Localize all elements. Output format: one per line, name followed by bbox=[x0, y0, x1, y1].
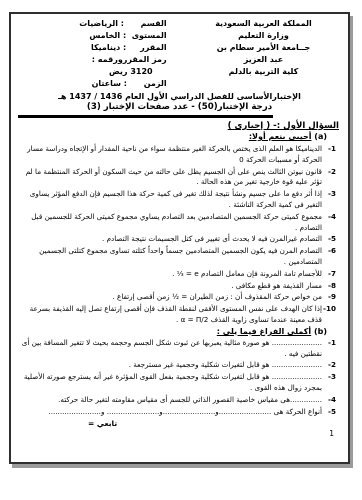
statement-item: الديناميكا هو العلم الذى يختص بالحركة ال… bbox=[20, 144, 337, 166]
statement-item: قانون نيوتن الثالث ينص على أن الجسيم يظل… bbox=[20, 167, 337, 189]
continued-note: تابعي = bbox=[18, 419, 341, 428]
course-department: القسم : الرياضيات bbox=[18, 18, 167, 30]
statement-item: التصادم غيرالمرن فيه لا يحدث أى تغيير فى… bbox=[20, 234, 337, 245]
page-number: 1 bbox=[18, 429, 341, 438]
part-a-header: (a) أجيبى بنعم أولا: bbox=[18, 132, 327, 141]
course-duration: الزمن : ساعتان bbox=[18, 78, 167, 90]
exam-title: الإختبارالأساسى للفصل الدراسي الأول العا… bbox=[18, 92, 341, 101]
part-b-instruction: أكملي الفراغ فيما يلي : bbox=[217, 327, 311, 336]
statement-item: التصادم المرن فيه يكون الجسمين المتصادمي… bbox=[20, 246, 337, 268]
course-info: القسم : الرياضيات المستوى : الخامس المقر… bbox=[18, 18, 167, 90]
course-code-label: رمز المقررورقمه : bbox=[18, 54, 167, 66]
fill-blank-item: ...................... هو قابل لتغيرات ش… bbox=[20, 372, 337, 394]
part-b-items: ...................... هو صورة مثالية يع… bbox=[18, 338, 341, 418]
part-a-items: الديناميكا هو العلم الذى يختص بالحركة ال… bbox=[18, 144, 341, 326]
divider-rule bbox=[18, 115, 273, 118]
part-a-label: (a) bbox=[314, 132, 327, 141]
institution-info: المملكة العربية السعودية وزارة التعليم ج… bbox=[186, 18, 341, 78]
part-b-label: (b) bbox=[314, 327, 327, 336]
course-name: المقرر : ديناميكا bbox=[18, 42, 167, 54]
statement-item: مجموع كميتى حركة الجسمين المتصادمين بعد … bbox=[20, 212, 337, 234]
institution-line: كلية التربية بالدلم bbox=[186, 66, 341, 78]
part-b-header: (b) أكملي الفراغ فيما يلي : bbox=[18, 327, 327, 336]
question1-title-text: السؤال الأول :- ( إجبارى ) bbox=[228, 121, 339, 131]
statement-item: إذا أثر دفع ما على جسيم ونشأ نتيجة لذلك … bbox=[20, 189, 337, 211]
statement-item: إذا كان الهدف على نفس المستوى الأفقى لنق… bbox=[20, 304, 337, 326]
statement-item: مسار القذيفة هو قطع مكافى . bbox=[20, 281, 337, 292]
institution-line: عبد العزيز bbox=[186, 54, 341, 66]
fill-blank-item: ...................... هو قابل لتغيرات ش… bbox=[20, 360, 337, 371]
fill-blank-item: ..............هى مقياس خاصية القصور الذا… bbox=[20, 395, 337, 406]
statement-item: للأجسام تامة المرونة فإن معامل التصادم e… bbox=[20, 269, 337, 280]
course-level: المستوى : الخامس bbox=[18, 30, 167, 42]
institution-line: جــامعة الأمير سطام بن bbox=[186, 42, 341, 54]
question1-title: السؤال الأول :- ( إجبارى ) bbox=[18, 121, 339, 131]
document-header: المملكة العربية السعودية وزارة التعليم ج… bbox=[18, 18, 341, 90]
sheet-background: المملكة العربية السعودية وزارة التعليم ج… bbox=[0, 0, 362, 464]
institution-line: وزارة التعليم bbox=[186, 30, 341, 42]
document-page: المملكة العربية السعودية وزارة التعليم ج… bbox=[9, 12, 350, 464]
fill-blank-item: ...................... هو صورة مثالية يع… bbox=[20, 338, 337, 360]
institution-line: المملكة العربية السعودية bbox=[186, 18, 341, 30]
course-code-value: 3120 ريض bbox=[18, 66, 167, 78]
fill-blank-item: أنواع الحركة هى .......................و… bbox=[20, 407, 337, 418]
statement-item: من خواص حركة المقذوف أن : زمن الطيران = … bbox=[20, 292, 337, 303]
part-a-instruction: أجيبى بنعم أولا: bbox=[249, 132, 312, 141]
exam-grade-pages: درجة الإختبار(50) - عدد صفحات الإختبار (… bbox=[18, 102, 341, 112]
